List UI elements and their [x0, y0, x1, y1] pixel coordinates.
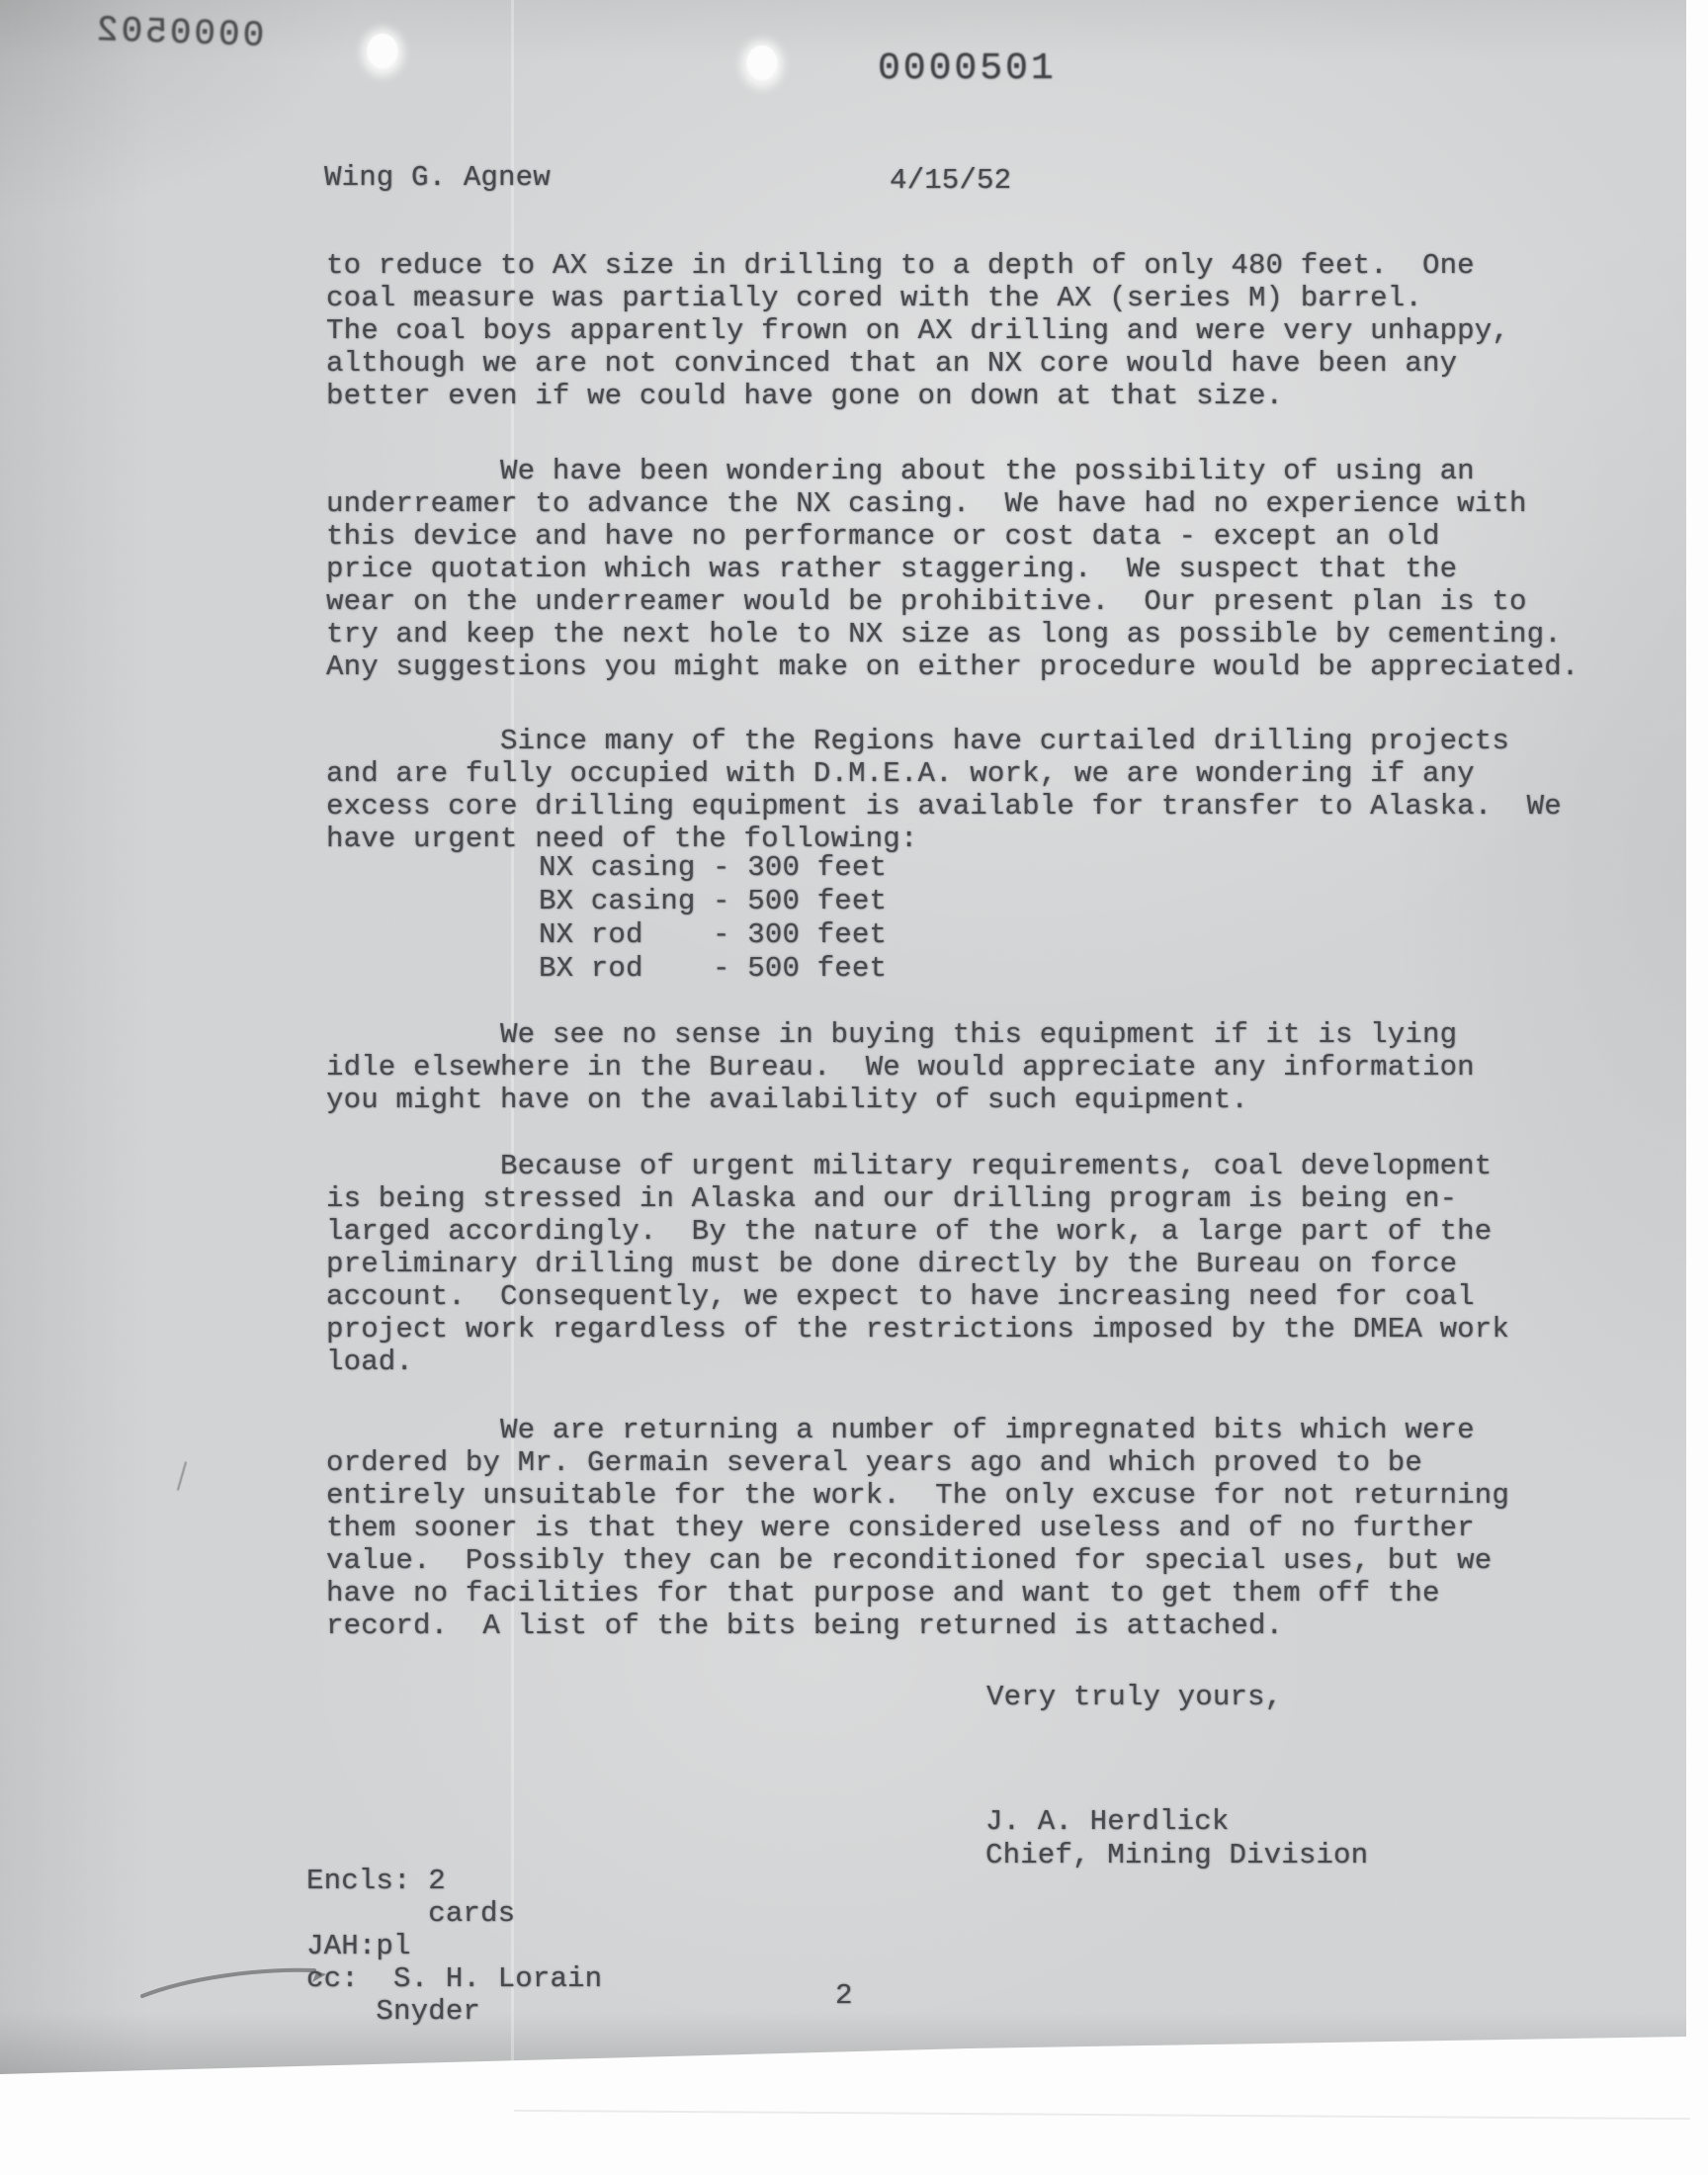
closing-salutation: Very truly yours,: [986, 1681, 1282, 1713]
pencil-tick-mark: [177, 1461, 187, 1490]
paragraph-2: We have been wondering about the possibi…: [326, 455, 1579, 683]
page-id-stamp-number: 0000501: [878, 47, 1057, 91]
pencil-arrow-mark: [138, 1953, 356, 2012]
paper-sheet: 0000502 0000501 Wing G. Agnew 4/15/52 to…: [0, 0, 1686, 2074]
under-sheet-edge: [514, 2110, 1690, 2120]
letter-date: 4/15/52: [890, 164, 1011, 197]
equipment-list: NX casing - 300 feet BX casing - 500 fee…: [539, 851, 887, 986]
bleedthrough-stamp-number: 0000502: [93, 11, 265, 56]
paragraph-1: to reduce to AX size in drilling to a de…: [326, 249, 1509, 412]
punch-hole-right: [746, 45, 778, 83]
paragraph-5: Because of urgent military requirements,…: [326, 1150, 1509, 1378]
page-number: 2: [835, 1979, 853, 2012]
signature-block: J. A. Herdlick Chief, Mining Division: [985, 1805, 1368, 1872]
punch-hole-left: [367, 34, 398, 71]
paragraph-3: Since many of the Regions have curtailed…: [326, 725, 1562, 855]
paragraph-6: We are returning a number of impregnated…: [326, 1414, 1509, 1642]
paragraph-4: We see no sense in buying this equipment…: [326, 1018, 1475, 1116]
addressee-name: Wing G. Agnew: [324, 161, 551, 194]
scanned-letter-page: 0000502 0000501 Wing G. Agnew 4/15/52 to…: [0, 0, 1708, 2175]
